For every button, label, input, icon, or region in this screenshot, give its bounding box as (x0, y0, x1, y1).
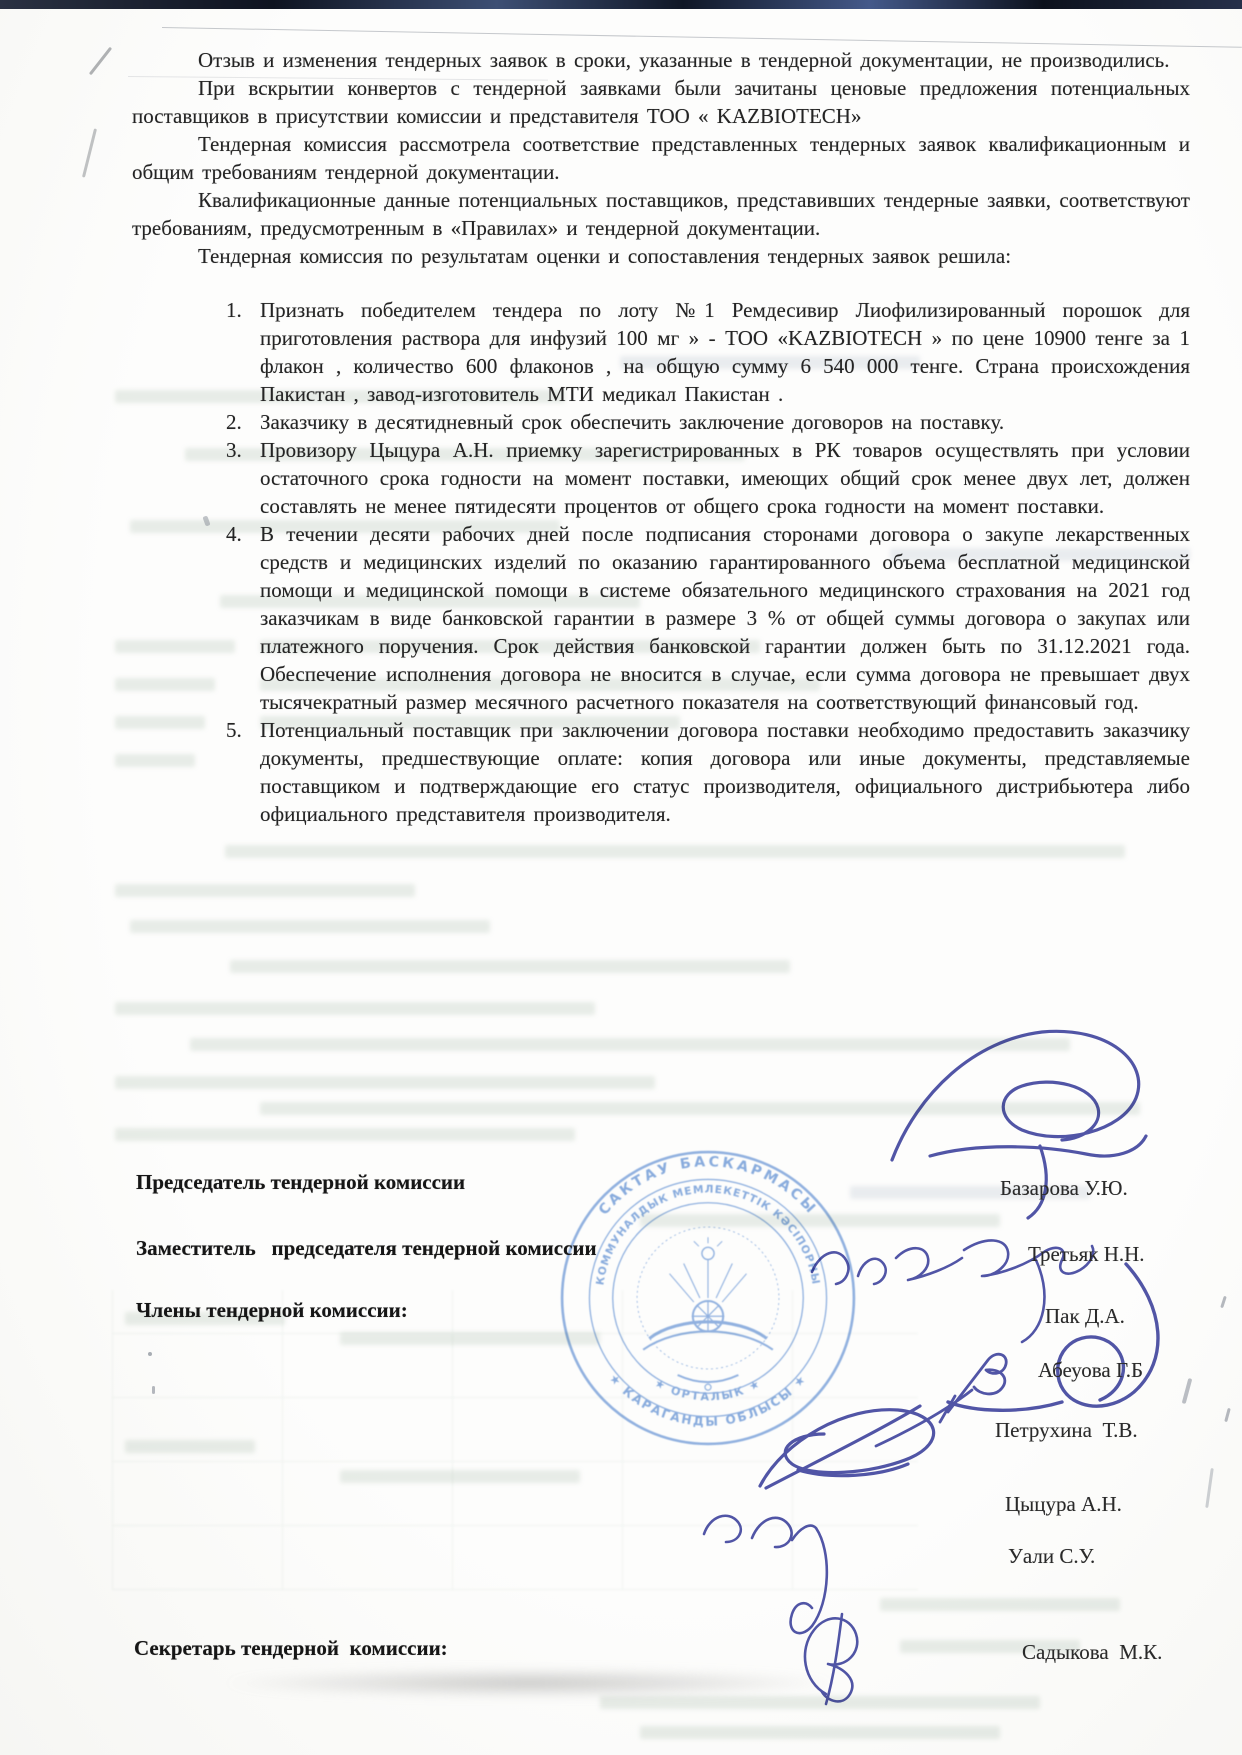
bleedthrough-artifact (130, 920, 490, 933)
bleedthrough-artifact (230, 960, 790, 973)
official-round-stamp: САКТАУ БАСКАРМАСЫ ★ КАРАГАНДЫ ОБЛЫСЫ ★ К… (556, 1146, 860, 1450)
bleedthrough-artifact (125, 1440, 255, 1453)
paragraph: Тендерная комиссия рассмотрела соответст… (132, 130, 1190, 186)
scan-smudge (220, 1668, 840, 1698)
paragraph: Тендерная комиссия по результатам оценки… (132, 242, 1190, 270)
bleedthrough-artifact (880, 1598, 1120, 1611)
scan-speck (1205, 1468, 1214, 1508)
list-item: В течении десяти рабочих дней после подп… (250, 520, 1190, 716)
sig-name-bazarova: Базарова У.Ю. (1000, 1176, 1128, 1201)
bleedthrough-artifact (115, 1128, 575, 1141)
sig-name-tretyak: Третьяк Н.Н. (1028, 1242, 1145, 1267)
scanned-page: Отзыв и изменения тендерных заявок в сро… (0, 0, 1242, 1755)
document-body: Отзыв и изменения тендерных заявок в сро… (132, 46, 1190, 828)
paragraph: При вскрытии конвертов с тендерной заявк… (132, 74, 1190, 130)
bleedthrough-artifact (260, 1102, 1140, 1115)
sig-name-sadykova: Садыкова М.К. (1022, 1640, 1162, 1665)
sig-name-abeuova: Абеуова Г.Б (1038, 1358, 1143, 1383)
corner-mark (89, 47, 112, 76)
decision-list: Признать победителем тендера по лоту №1 … (132, 296, 1190, 828)
bleedthrough-artifact (190, 1038, 1070, 1051)
sig-name-pak: Пак Д.А. (1045, 1304, 1125, 1329)
scan-speck (152, 1386, 155, 1394)
bleedthrough-artifact (115, 884, 415, 897)
sig-label-members: Члены тендерной комиссии: (136, 1298, 408, 1323)
bleedthrough-artifact (640, 1726, 1000, 1739)
list-item: Заказчику в десятидневный срок обеспечит… (250, 408, 1190, 436)
bleedthrough-artifact (115, 1002, 595, 1015)
scan-speck (1224, 1408, 1231, 1422)
scan-speck (1182, 1378, 1193, 1404)
signature-pak (948, 1264, 1158, 1410)
corner-mark (82, 128, 97, 177)
sig-label-deputy: Заместитель председателя тендерной комис… (136, 1236, 597, 1261)
scan-edge-bar (0, 0, 1242, 9)
page-top-edge-line (162, 27, 1242, 48)
paragraph: Квалификационные данные потенциальных по… (132, 186, 1190, 242)
bleedthrough-artifact (115, 1076, 655, 1089)
sig-name-tsytsura: Цыцура А.Н. (1005, 1492, 1122, 1517)
bleedthrough-artifact (225, 845, 1125, 858)
list-item: Провизору Цыцура А.Н. приемку зарегистри… (250, 436, 1190, 520)
sig-label-chairman: Председатель тендерной комиссии (136, 1170, 465, 1195)
bleedthrough-artifact (340, 1470, 580, 1483)
sig-name-uali: Уали С.У. (1008, 1544, 1095, 1569)
scan-speck (1220, 1296, 1227, 1308)
list-item: Потенциальный поставщик при заключении д… (250, 716, 1190, 828)
paragraph: Отзыв и изменения тендерных заявок в сро… (132, 46, 1190, 74)
list-item: Признать победителем тендера по лоту №1 … (250, 296, 1190, 408)
sig-name-petrukhina: Петрухина Т.В. (995, 1418, 1138, 1443)
scan-speck (148, 1352, 152, 1356)
sig-label-secretary: Секретарь тендерной комиссии: (134, 1636, 448, 1661)
